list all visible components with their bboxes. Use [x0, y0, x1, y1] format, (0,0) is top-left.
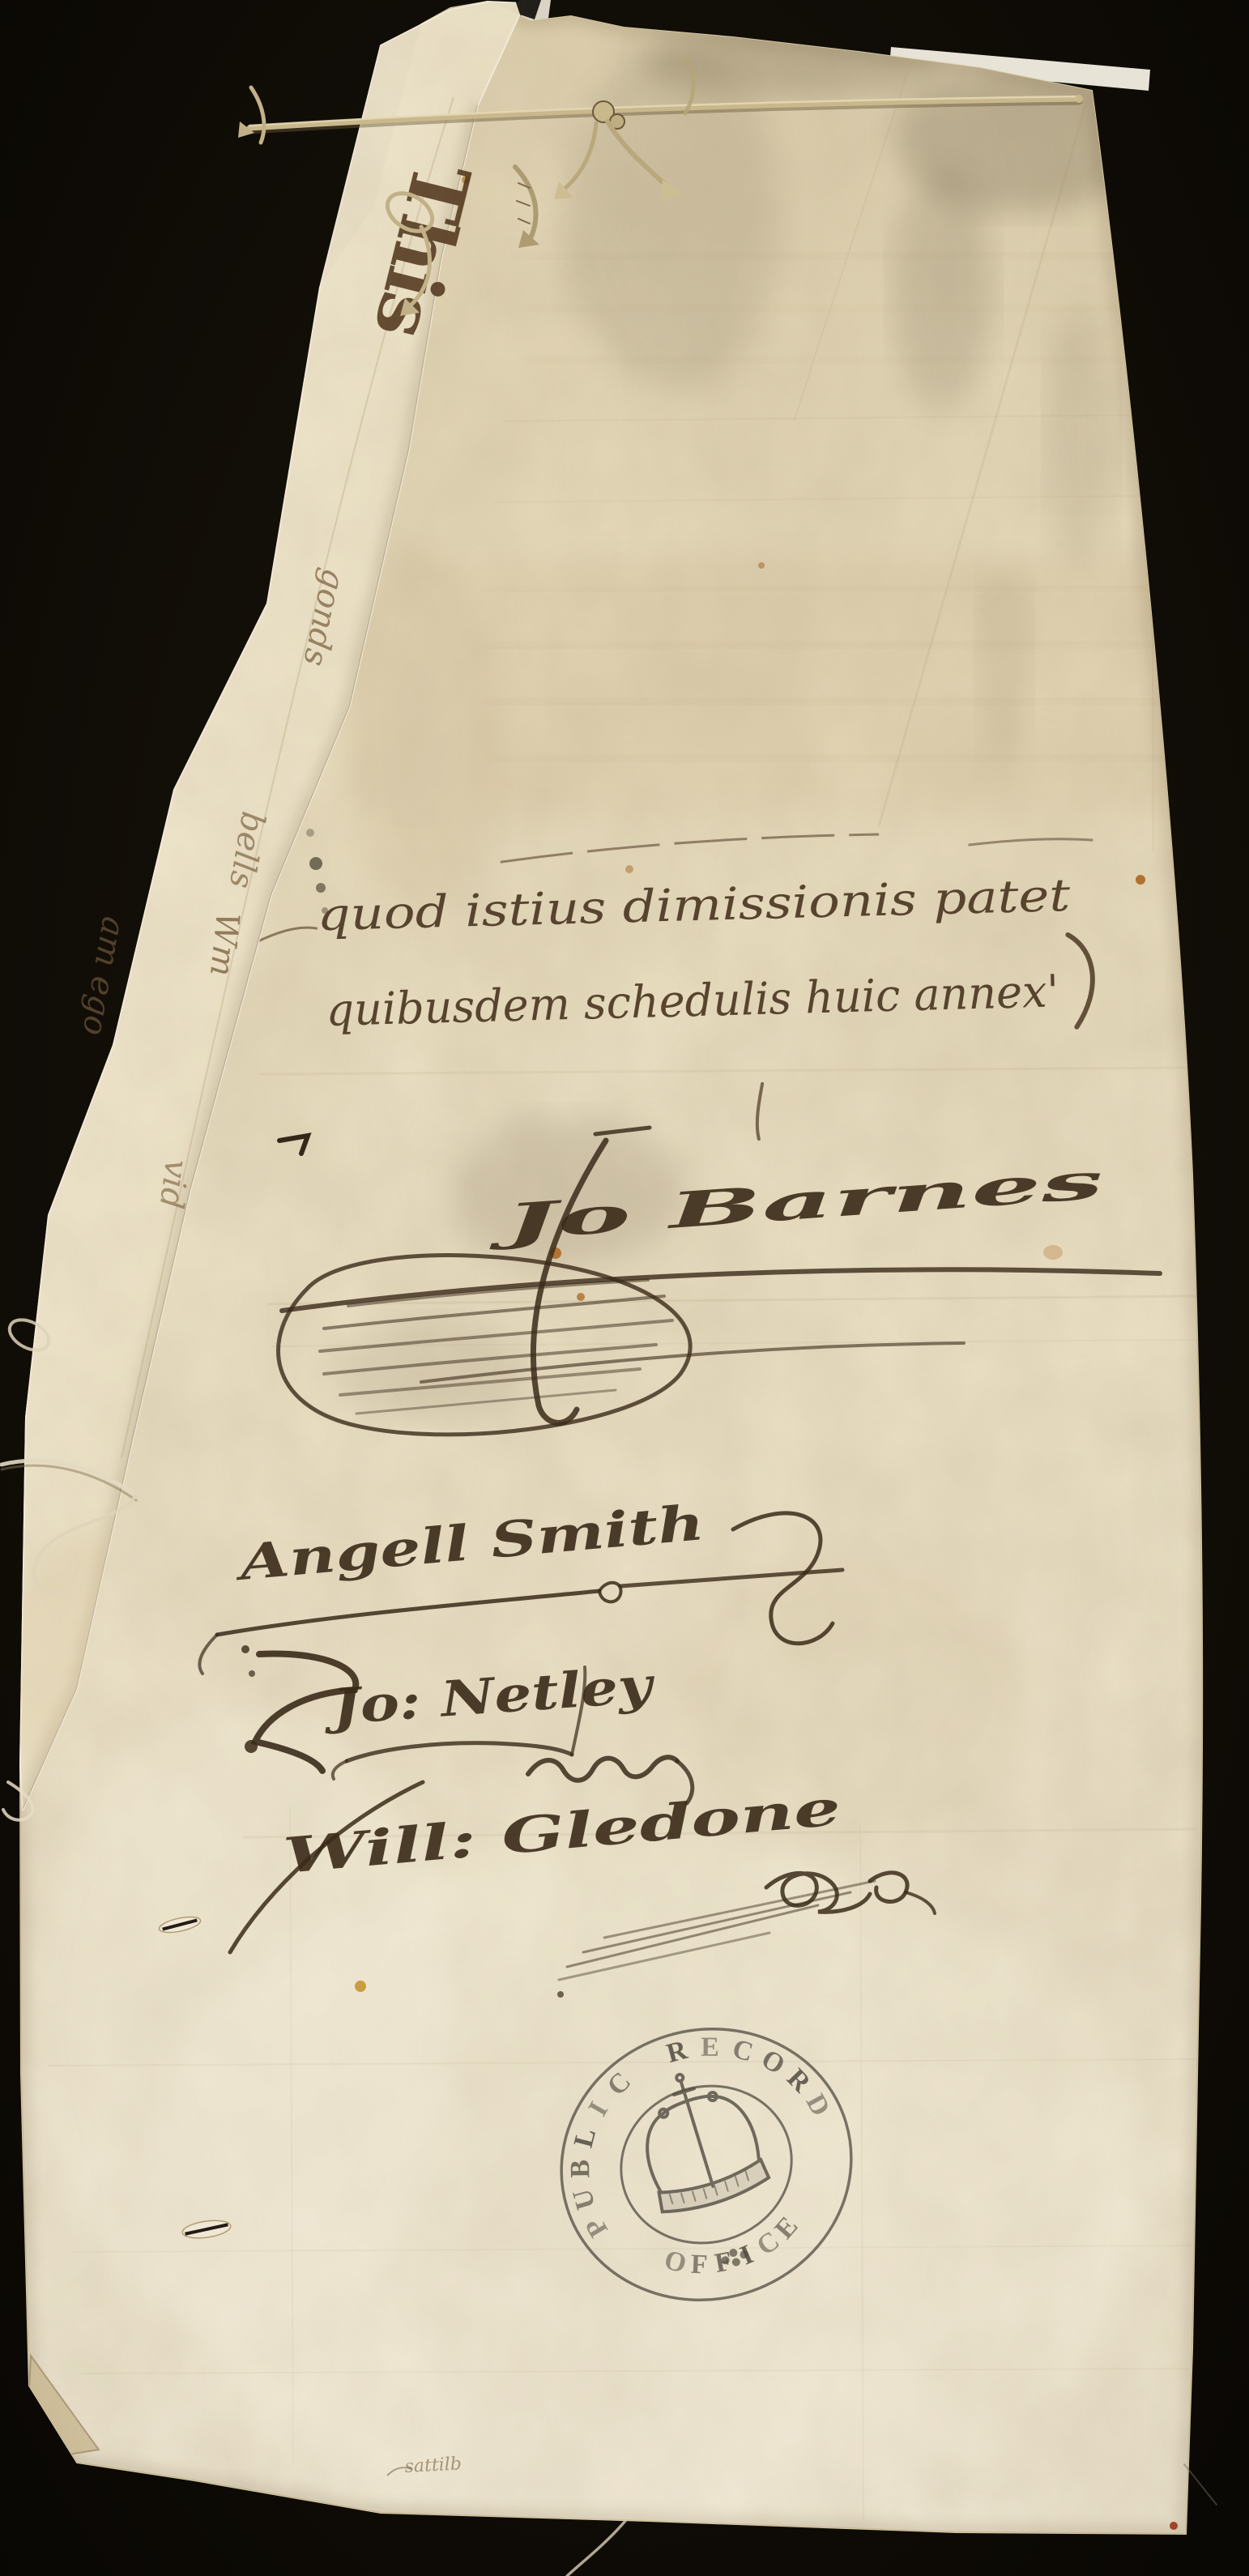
stamp-letter: B [565, 2160, 595, 2178]
flap-fragment: Wm [202, 911, 246, 978]
stamp-letter: F [690, 2250, 708, 2280]
stamp-letter: E [701, 2032, 719, 2062]
svg-text:sattilb: sattilb [404, 2454, 462, 2477]
flap-fragment: vid [152, 1158, 195, 1211]
photo-of-parchment-deed: quod istius dimissionis patet quibusdem … [0, 0, 1249, 2576]
